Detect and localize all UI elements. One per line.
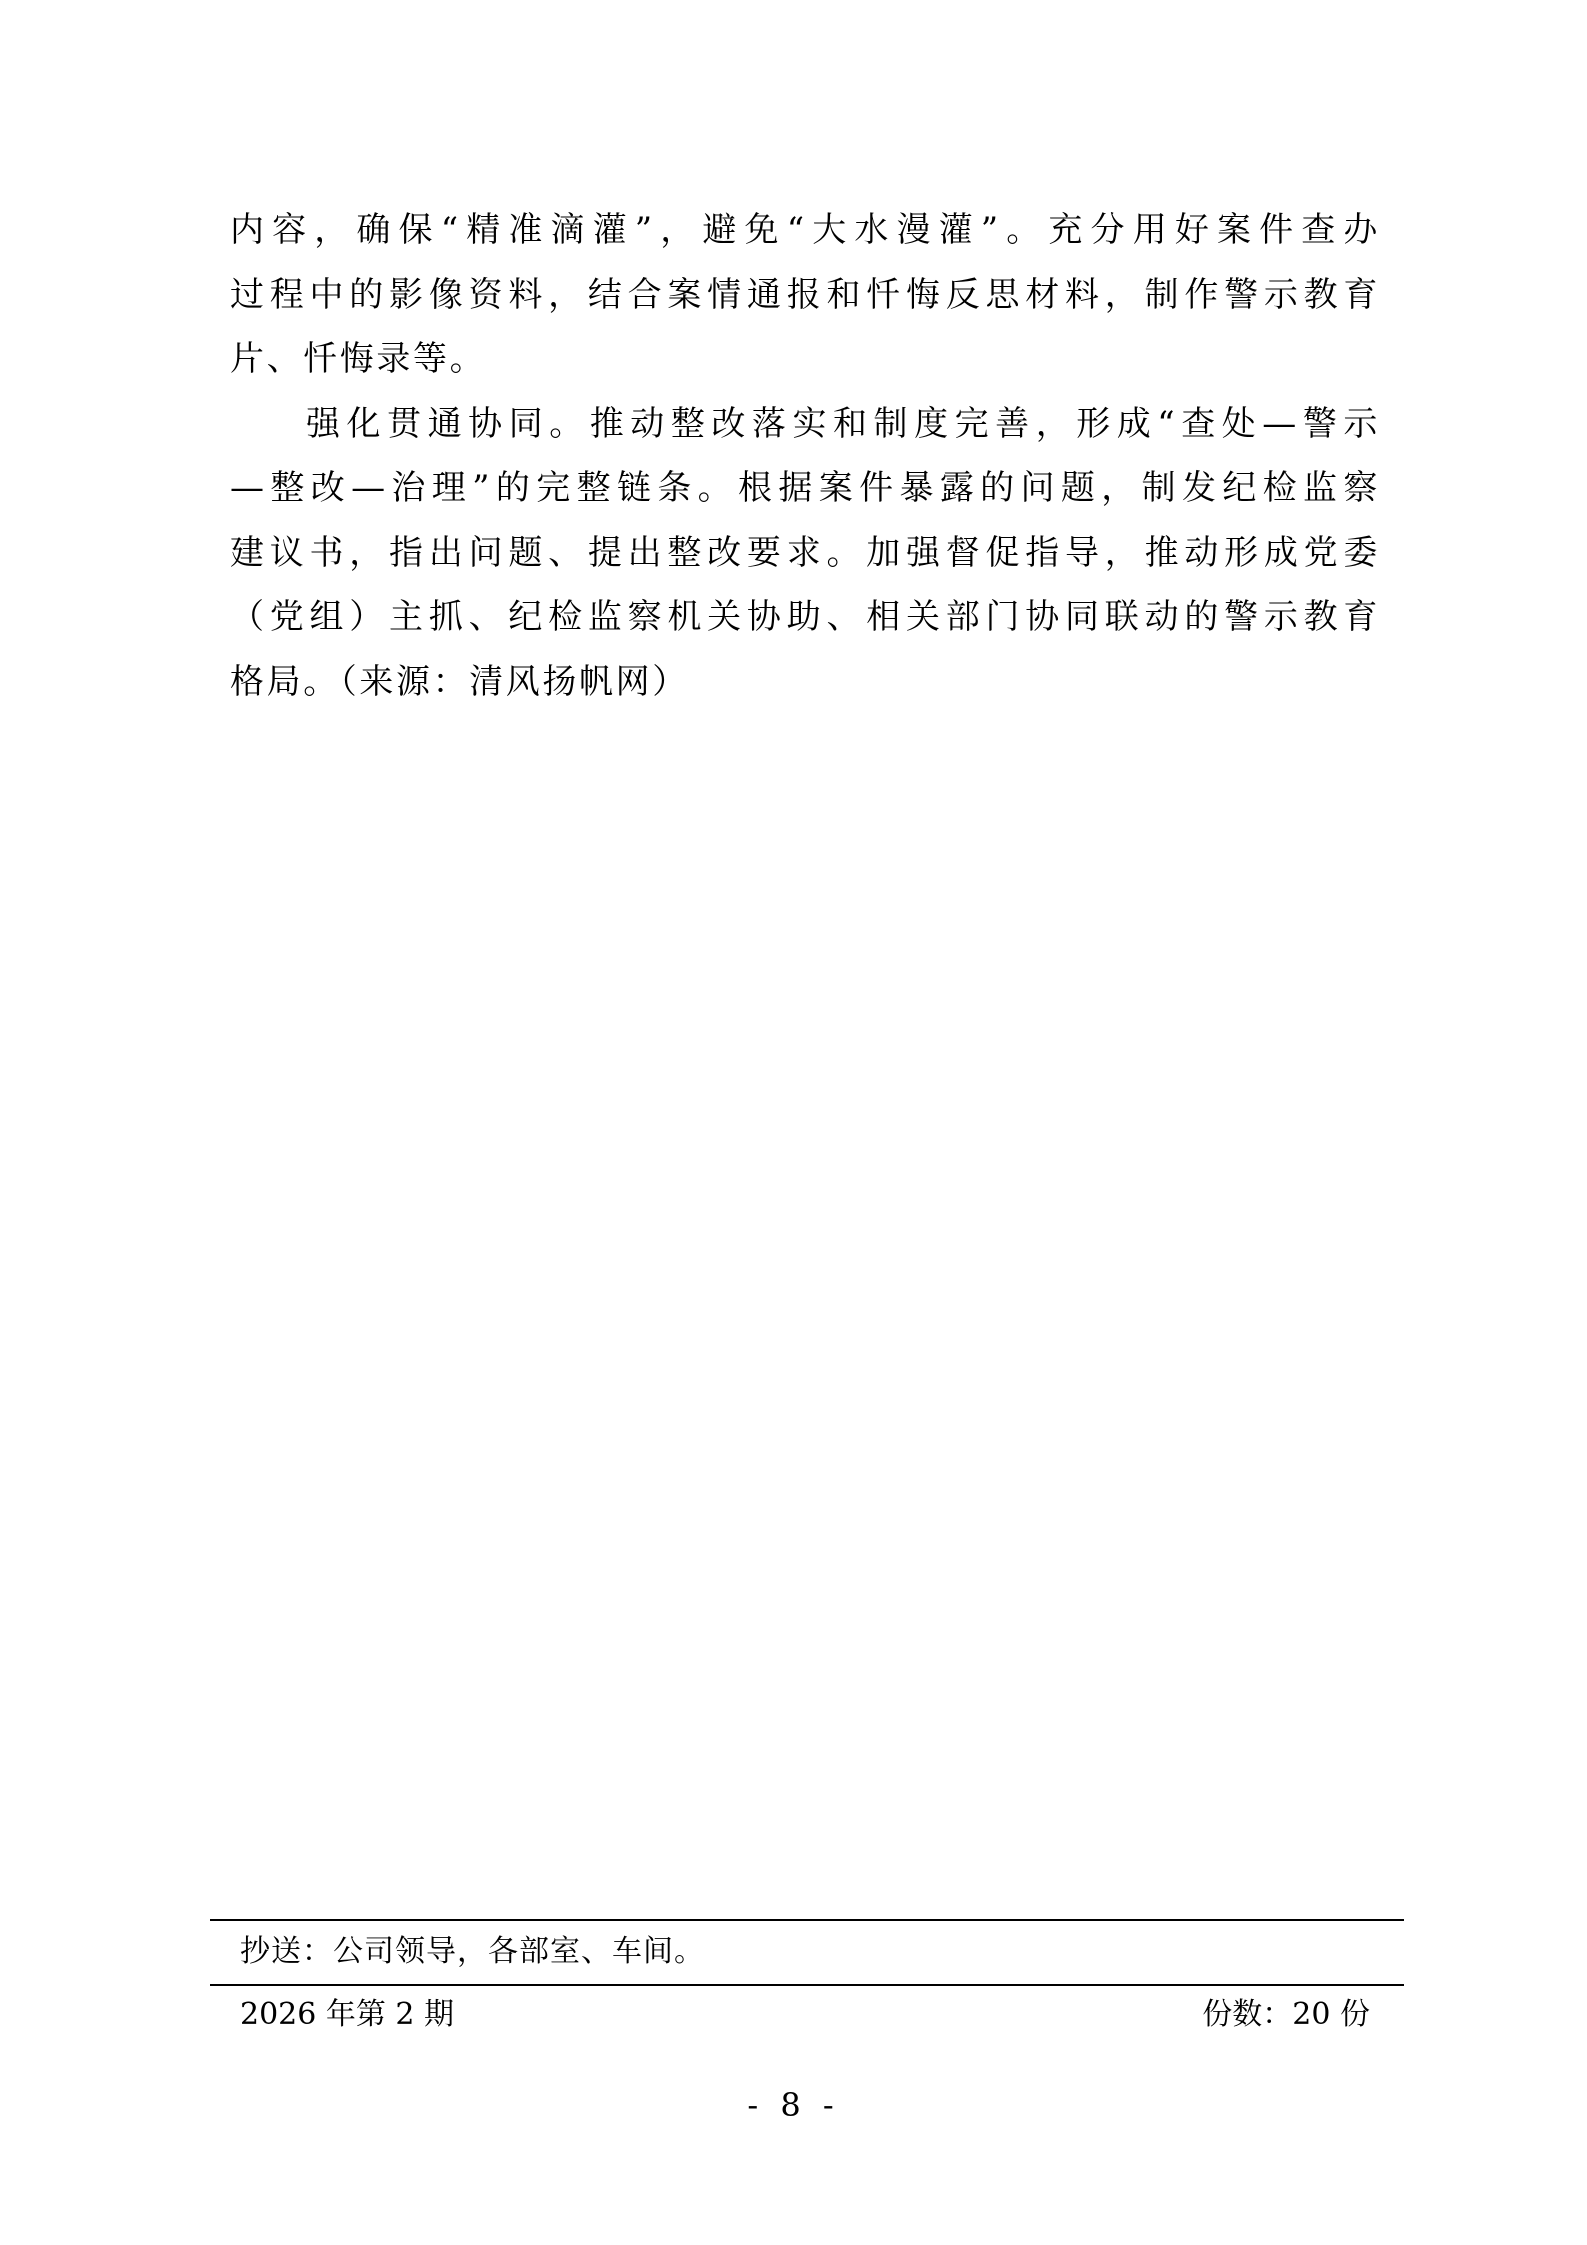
text-line: 过程中的影像资料，结合案情通报和忏悔反思材料，制作警示教育 — [230, 263, 1380, 328]
body-text: 内容，确保“精准滴灌”，避免“大水漫灌”。充分用好案件查办 过程中的影像资料，结… — [230, 198, 1380, 714]
text-line: —整改—治理”的完整链条。根据案件暴露的问题，制发纪检监察 — [230, 456, 1380, 521]
text-line: 片、忏悔录等。 — [230, 327, 1380, 392]
footer-middle-rule — [210, 1984, 1404, 1986]
footer-top-rule — [210, 1919, 1404, 1921]
text-line: 强化贯通协同。推动整改落实和制度完善，形成“查处—警示 — [230, 392, 1380, 457]
issue-number: 2026 年第 2 期 — [240, 1993, 454, 2037]
copy-count: 份数：20 份 — [1202, 1993, 1370, 2037]
text-line: 内容，确保“精准滴灌”，避免“大水漫灌”。充分用好案件查办 — [230, 198, 1380, 263]
issue-info-row: 2026 年第 2 期 份数：20 份 — [240, 1993, 1370, 2037]
cc-recipients: 抄送：公司领导，各部室、车间。 — [240, 1930, 705, 1974]
text-line: 建议书，指出问题、提出整改要求。加强督促指导，推动形成党委 — [230, 521, 1380, 586]
text-line: （党组）主抓、纪检监察机关协助、相关部门协同联动的警示教育 — [230, 585, 1380, 650]
document-page: 内容，确保“精准滴灌”，避免“大水漫灌”。充分用好案件查办 过程中的影像资料，结… — [0, 0, 1587, 2245]
paragraph-2: 强化贯通协同。推动整改落实和制度完善，形成“查处—警示 —整改—治理”的完整链条… — [230, 392, 1380, 715]
paragraph-1: 内容，确保“精准滴灌”，避免“大水漫灌”。充分用好案件查办 过程中的影像资料，结… — [230, 198, 1380, 392]
text-line: 格局。（来源：清风扬帆网） — [230, 650, 1380, 715]
page-number: - 8 - — [0, 2083, 1587, 2127]
